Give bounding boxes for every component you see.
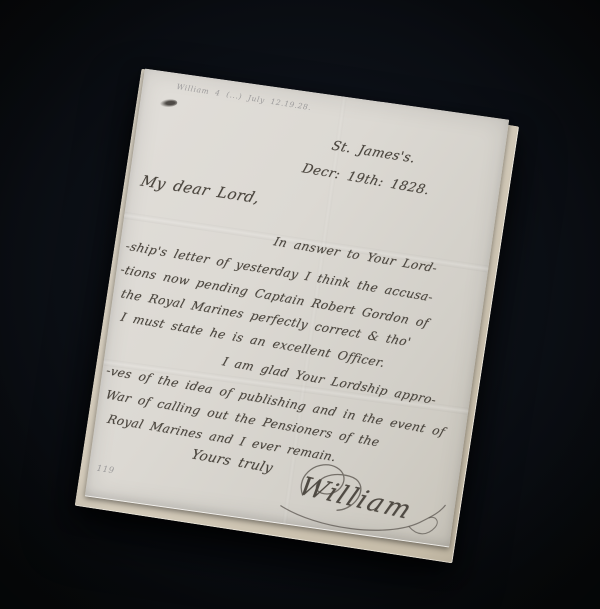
pencil-annotation: William 4 (...) July 12.19.28. <box>176 82 312 112</box>
heading-place: St. James's. <box>330 139 418 167</box>
pencil-page-number: 119 <box>96 464 115 476</box>
heading-date: Decr: 19th: 1828. <box>300 161 432 198</box>
photograph-background: William 4 (...) July 12.19.28. St. James… <box>0 0 600 609</box>
ink-smudge <box>160 99 178 108</box>
signature: William <box>266 443 455 559</box>
salutation-line: My dear Lord, <box>138 172 262 207</box>
letter-sheet: William 4 (...) July 12.19.28. St. James… <box>85 68 510 547</box>
letter-paper-stack: William 4 (...) July 12.19.28. St. James… <box>85 68 510 547</box>
